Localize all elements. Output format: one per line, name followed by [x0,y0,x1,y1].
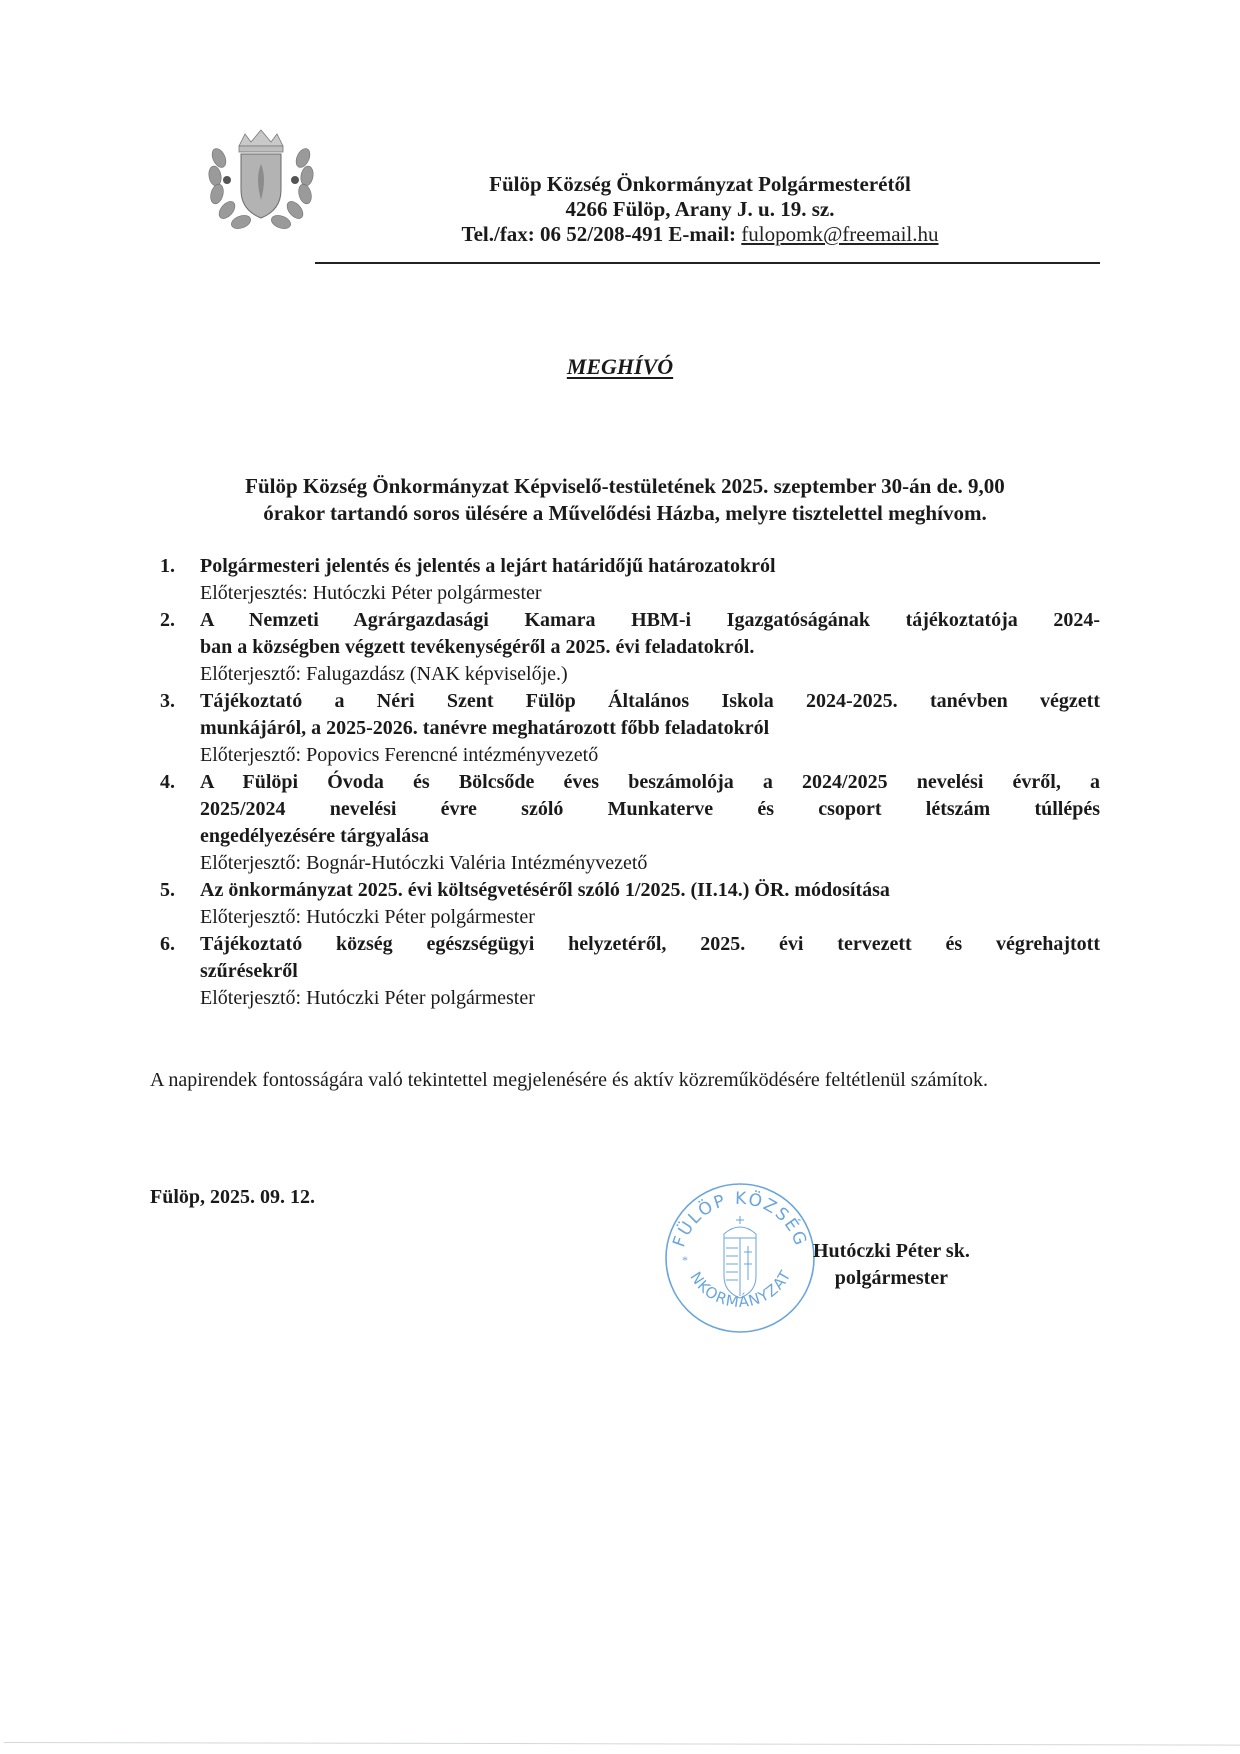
org-address: 4266 Fülöp, Arany J. u. 19. sz. [300,197,1100,222]
agenda-item: 3. Tájékoztató a Néri Szent Fülöp Általá… [160,688,1100,769]
intro-line-1: Fülöp Község Önkormányzat Képviselő-test… [150,473,1100,500]
agenda-item-topic: A Fülöpi Óvoda és Bölcsőde éves beszámol… [200,769,1100,850]
agenda-item-topic: Az önkormányzat 2025. évi költségvetésér… [200,877,1100,904]
topic-line: Tájékoztató a Néri Szent Fülöp Általános… [200,688,1100,715]
agenda-item-presenter: Előterjesztő: Falugazdász (NAK képviselő… [200,661,1100,688]
agenda-item-topic: Tájékoztató a Néri Szent Fülöp Általános… [200,688,1100,742]
signature-block: Hutóczki Péter sk. polgármester [813,1238,970,1292]
agenda-item-presenter: Előterjesztő: Popovics Ferencné intézmén… [200,742,1100,769]
agenda-item-presenter: Előterjesztő: Hutóczki Péter polgármeste… [200,904,1100,931]
agenda-item-number: 3. [160,688,175,715]
topic-line: engedélyezésére tárgyalása [200,823,1100,850]
document-date: Fülöp, 2025. 09. 12. [150,1186,315,1209]
official-seal-icon: FÜLÖP KÖZSÉG ÖNKORMÁNYZATA * [660,1176,820,1336]
topic-line: Polgármesteri jelentés és jelentés a lej… [200,553,1100,580]
header-divider [315,262,1100,264]
topic-line: ban a községben végzett tevékenységéről … [200,634,1100,661]
topic-line: A Nemzeti Agrárgazdasági Kamara HBM-i Ig… [200,607,1100,634]
agenda-item: 6. Tájékoztató község egészségügyi helyz… [160,931,1100,1012]
document-title: MEGHÍVÓ [0,354,1240,380]
signatory-name: Hutóczki Péter sk. [813,1238,970,1265]
document-page: Fülöp Község Önkormányzat Polgármesterét… [0,0,1240,1754]
agenda-item-number: 4. [160,769,175,796]
agenda-item-topic: A Nemzeti Agrárgazdasági Kamara HBM-i Ig… [200,607,1100,661]
agenda-item-presenter: Előterjesztő: Hutóczki Péter polgármeste… [200,985,1100,1012]
contact-line: Tel./fax: 06 52/208-491 E-mail: fulopomk… [300,222,1100,247]
topic-line: A Fülöpi Óvoda és Bölcsőde éves beszámol… [200,769,1100,796]
topic-line: munkájáról, a 2025-2026. tanévre meghatá… [200,715,1100,742]
topic-line: Tájékoztató község egészségügyi helyzeté… [200,931,1100,958]
agenda-item-number: 6. [160,931,175,958]
topic-line: Az önkormányzat 2025. évi költségvetésér… [200,877,1100,904]
intro-line-2: órakor tartandó soros ülésére a Művelődé… [150,500,1100,527]
agenda-item-number: 1. [160,553,175,580]
phone-label: Tel./fax: 06 52/208-491 E-mail: [462,222,737,246]
topic-line: 2025/2024 nevelési évre szóló Munkaterve… [200,796,1100,823]
agenda-item: 4. A Fülöpi Óvoda és Bölcsőde éves beszá… [160,769,1100,877]
topic-line: szűrésekről [200,958,1100,985]
closing-paragraph: A napirendek fontosságára való tekintett… [150,1067,1110,1094]
letterhead: Fülöp Község Önkormányzat Polgármesterét… [300,172,1100,247]
agenda-item-topic: Polgármesteri jelentés és jelentés a lej… [200,553,1100,580]
invitation-intro: Fülöp Község Önkormányzat Képviselő-test… [150,473,1100,527]
agenda-list: 1. Polgármesteri jelentés és jelentés a … [160,553,1100,1012]
agenda-item: 2. A Nemzeti Agrárgazdasági Kamara HBM-i… [160,607,1100,688]
org-name: Fülöp Község Önkormányzat Polgármesterét… [300,172,1100,197]
agenda-item-presenter: Előterjesztő: Bognár-Hutóczki Valéria In… [200,850,1100,877]
svg-text:*: * [682,1253,688,1267]
email-link[interactable]: fulopomk@freemail.hu [741,222,938,246]
agenda-item: 1. Polgármesteri jelentés és jelentés a … [160,553,1100,607]
agenda-item-number: 2. [160,607,175,634]
agenda-item-number: 5. [160,877,175,904]
agenda-item: 5. Az önkormányzat 2025. évi költségveté… [160,877,1100,931]
agenda-item-topic: Tájékoztató község egészségügyi helyzeté… [200,931,1100,985]
signatory-role: polgármester [813,1265,970,1292]
scan-edge-line [4,1742,1240,1746]
agenda-item-presenter: Előterjesztés: Hutóczki Péter polgármest… [200,580,1100,607]
